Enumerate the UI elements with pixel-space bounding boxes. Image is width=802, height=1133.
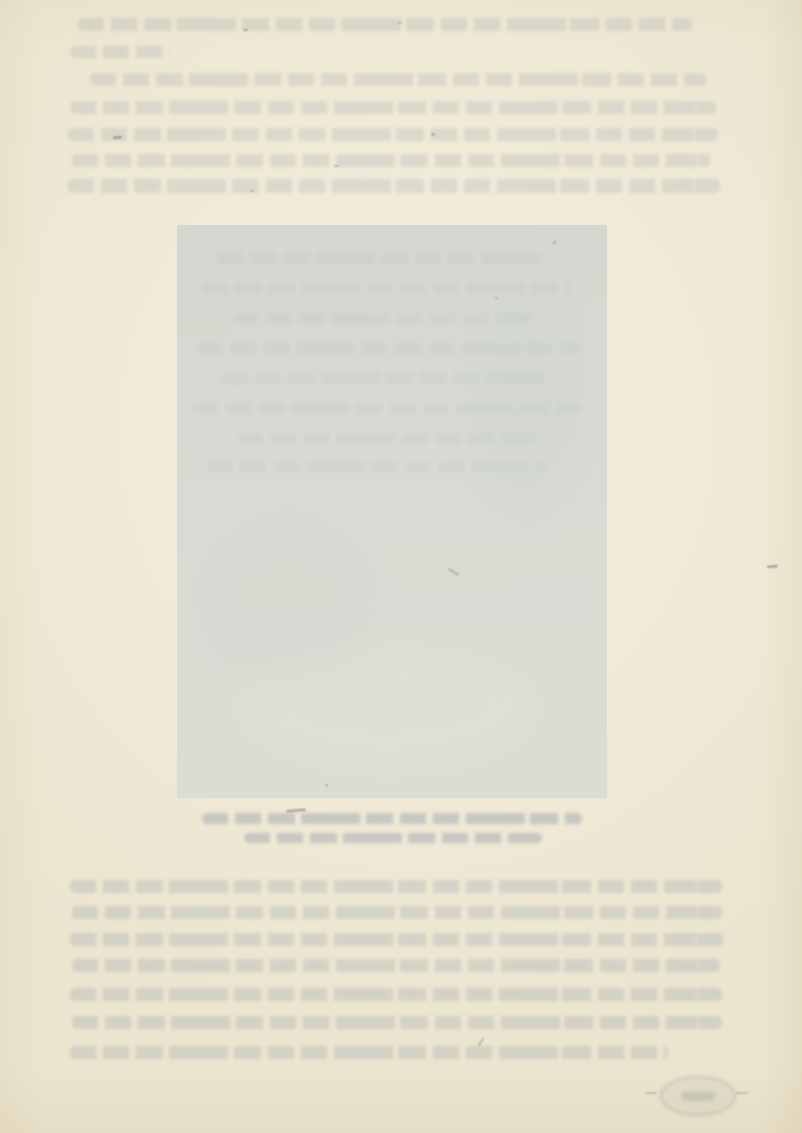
faded-text-line <box>70 1046 668 1059</box>
photo-plate <box>177 225 607 798</box>
scanned-page <box>0 0 802 1133</box>
faded-text-line <box>70 933 724 946</box>
faded-caption-line <box>202 813 582 824</box>
faded-text-line <box>68 128 718 141</box>
faded-text-line <box>68 179 720 193</box>
faded-photo-row <box>217 253 547 264</box>
faded-text-line <box>72 1016 722 1029</box>
faded-text-line <box>90 73 706 86</box>
faded-text-line <box>78 18 692 31</box>
faded-text-line <box>72 959 720 972</box>
faded-text-line <box>72 906 722 919</box>
ink-speck <box>767 565 778 569</box>
ink-speck <box>736 1092 748 1094</box>
faded-text-line <box>70 101 716 114</box>
faded-text-line <box>70 46 170 58</box>
stamp-smudge <box>681 1092 715 1101</box>
page-number-stamp <box>660 1076 736 1116</box>
faded-text-line <box>70 988 722 1001</box>
ink-speck <box>645 1092 657 1094</box>
photo-tonal-patch <box>197 525 377 685</box>
faded-text-line <box>72 154 710 167</box>
photo-tonal-patch <box>467 285 587 515</box>
faded-caption-line <box>244 833 542 843</box>
faded-text-line <box>70 880 722 893</box>
